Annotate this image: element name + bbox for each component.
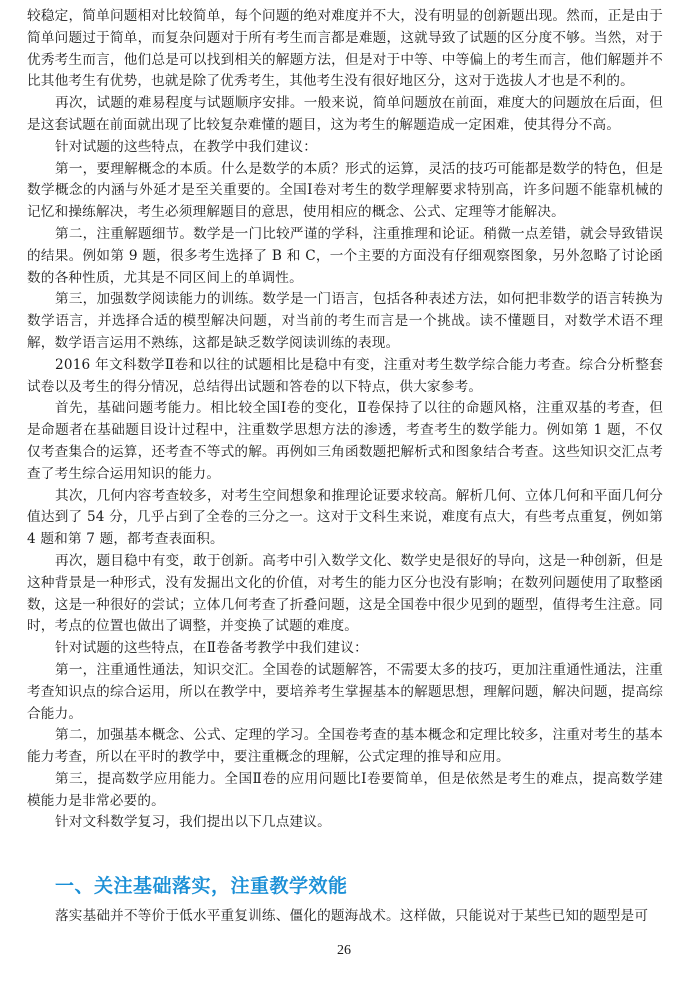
- paragraph-third-feature: 再次，题目稳中有变，敢于创新。高考中引入数学文化、数学史是很好的导向，这是一种创…: [27, 551, 663, 638]
- paragraph-first-feature: 首先，基础问题考能力。相比较全国Ⅰ卷的变化，Ⅱ卷保持了以往的命题风格，注重双基的…: [27, 398, 663, 485]
- paragraph-suggestion-3: 第三，加强数学阅读能力的训练。数学是一门语言，包括各种表述方法，如何把非数学的语…: [27, 289, 663, 354]
- paragraph-second-feature: 其次，几何内容考查较多，对考生空间想象和推理论证要求较高。解析几何、立体几何和平…: [27, 486, 663, 551]
- document-body: 较稳定，简单问题相对比较简单，每个问题的绝对难度并不大，没有明显的创新题出现。然…: [27, 6, 663, 834]
- paragraph-difficulty-order: 再次，试题的难易程度与试题顺序安排。一般来说，简单问题放在前面，难度大的问题放在…: [27, 93, 663, 137]
- paragraph-suggestion-1: 第一，要理解概念的本质。什么是数学的本质？形式的运算，灵活的技巧可能都是数学的特…: [27, 159, 663, 224]
- section-heading: 一、关注基础落实，注重教学效能: [55, 871, 348, 898]
- section-body: 落实基础并不等价于低水平重复训练、僵化的题海战术。这样做，只能说对于某些已知的题…: [27, 906, 663, 928]
- paragraph-suggestions-intro: 针对试题的这些特点，在教学中我们建议：: [27, 137, 663, 159]
- paragraph-review-intro: 针对文科数学复习，我们提出以下几点建议。: [27, 812, 663, 834]
- section-first-paragraph: 落实基础并不等价于低水平重复训练、僵化的题海战术。这样做，只能说对于某些已知的题…: [27, 906, 663, 928]
- paragraph-paper-ii-intro: 针对试题的这些特点，在Ⅱ卷备考教学中我们建议：: [27, 638, 663, 660]
- paragraph-suggestion-2: 第二，注重解题细节。数学是一门比较严谨的学科，注重推理和论证。稍微一点差错，就会…: [27, 224, 663, 289]
- page-number: 26: [0, 943, 688, 959]
- paragraph-paper-ii-suggestion-1: 第一，注重通性通法，知识交汇。全国卷的试题解答，不需要太多的技巧，更加注重通性通…: [27, 660, 663, 725]
- paragraph-paper-ii-suggestion-3: 第三，提高数学应用能力。全国Ⅱ卷的应用问题比Ⅰ卷要简单，但是依然是考生的难点，提…: [27, 769, 663, 813]
- paragraph-paper-ii-suggestion-2: 第二，加强基本概念、公式、定理的学习。全国卷考查的基本概念和定理比较多，注重对考…: [27, 725, 663, 769]
- paragraph-2016-overview: 2016 年文科数学Ⅱ卷和以往的试题相比是稳中有变，注重对考生数学综合能力考查。…: [27, 355, 663, 399]
- paragraph-continued: 较稳定，简单问题相对比较简单，每个问题的绝对难度并不大，没有明显的创新题出现。然…: [27, 6, 663, 93]
